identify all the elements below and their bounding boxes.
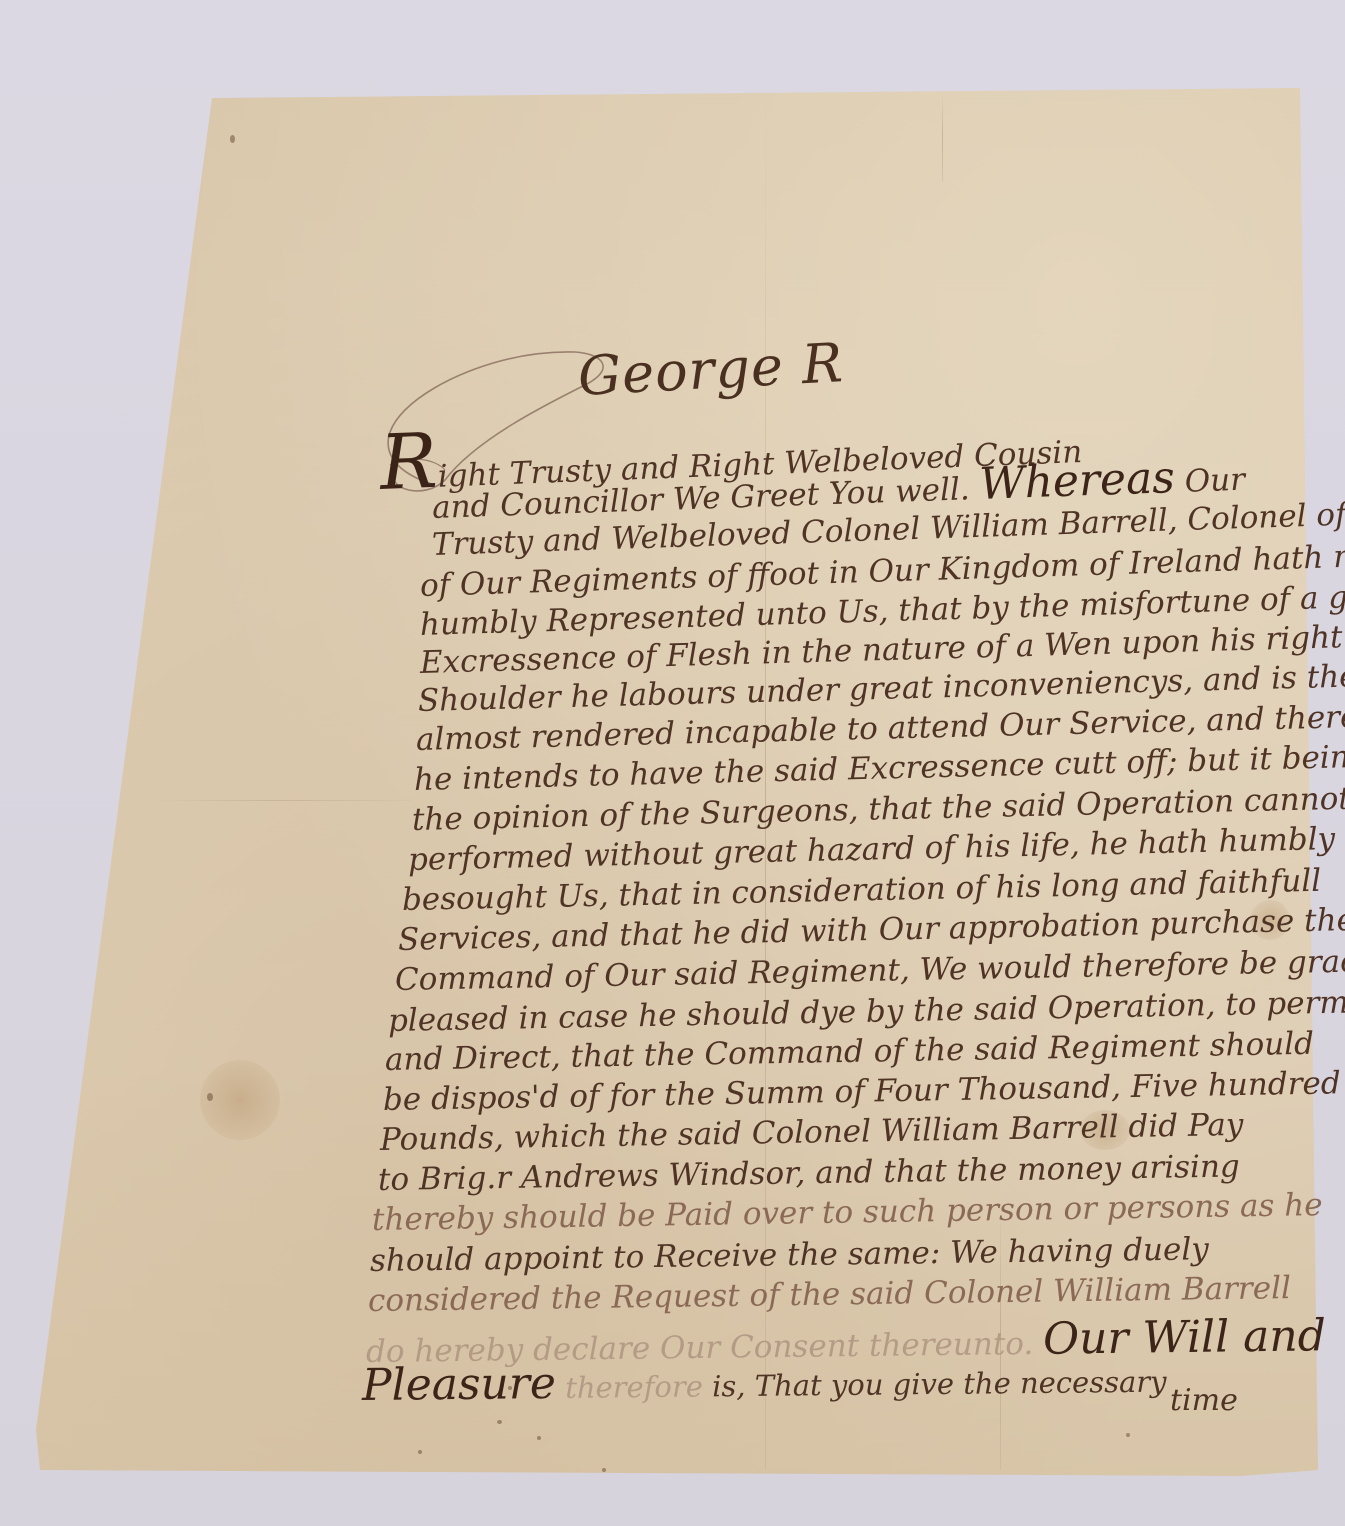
warrant-body-text-lower: Pleasure therefore is, That you give the…	[0, 0, 1345, 1526]
pleasure-emphasis: Pleasure	[362, 1358, 556, 1411]
text-line-24: Pleasure therefore is, That you give the…	[362, 1352, 1167, 1411]
catchword: time	[1170, 1383, 1238, 1418]
